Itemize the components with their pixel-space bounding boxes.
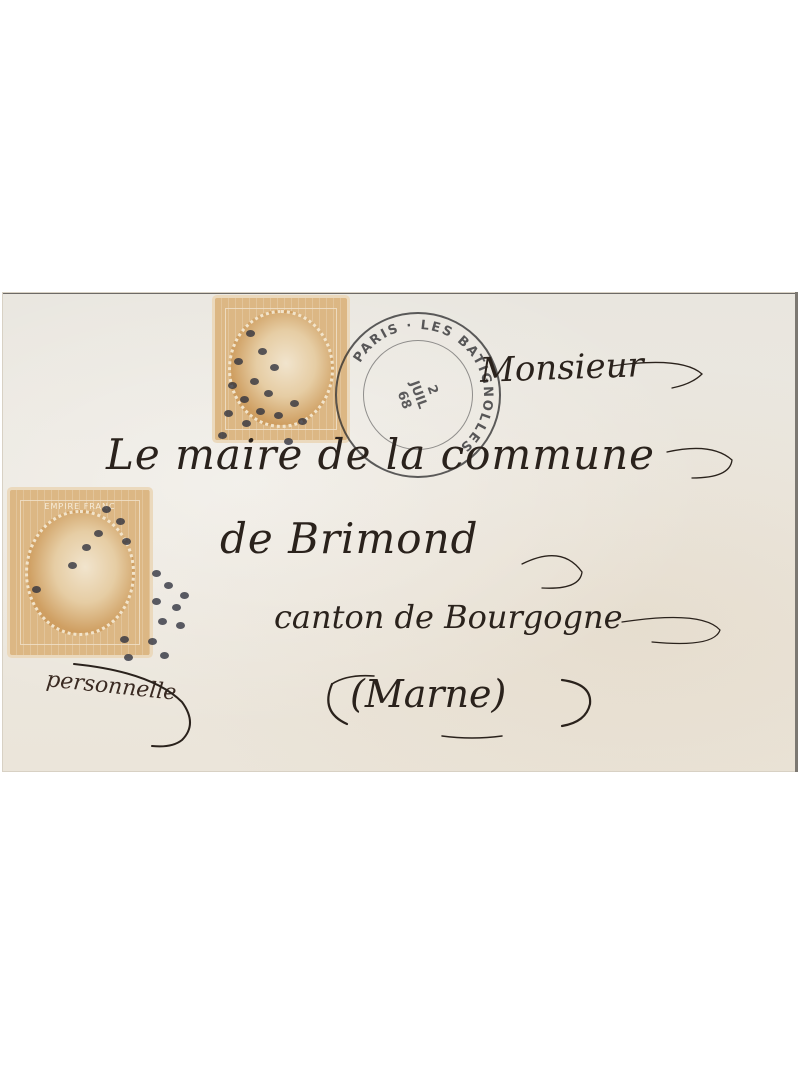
cancel-dot (164, 582, 173, 589)
cancel-dot (180, 592, 189, 599)
stamp-napoleon: EMPIRE FRANC (10, 490, 150, 655)
cancel-dot (176, 622, 185, 629)
cancel-dot (158, 618, 167, 625)
stamp-ceres (215, 298, 347, 440)
cancel-dot (172, 604, 181, 611)
envelope-edge (795, 292, 798, 772)
address-recipient: Le maire de la commune (106, 430, 655, 479)
envelope: EMPIRE FRANC PARIS · LES BATIGNOLLES 2 J… (2, 292, 798, 772)
address-salutation: Monsieur (479, 345, 644, 391)
cancel-dot (152, 598, 161, 605)
cancel-dot (160, 652, 169, 659)
cancel-dot (124, 654, 133, 661)
address-town: de Brimond (220, 514, 479, 563)
address-department: (Marne) (350, 672, 506, 716)
stamp-portrait (25, 510, 135, 636)
stamp-portrait (228, 310, 334, 428)
cancel-dot (152, 570, 161, 577)
address-canton: canton de Bourgogne (274, 598, 623, 636)
annotation-personnelle: personnelle (45, 667, 178, 706)
